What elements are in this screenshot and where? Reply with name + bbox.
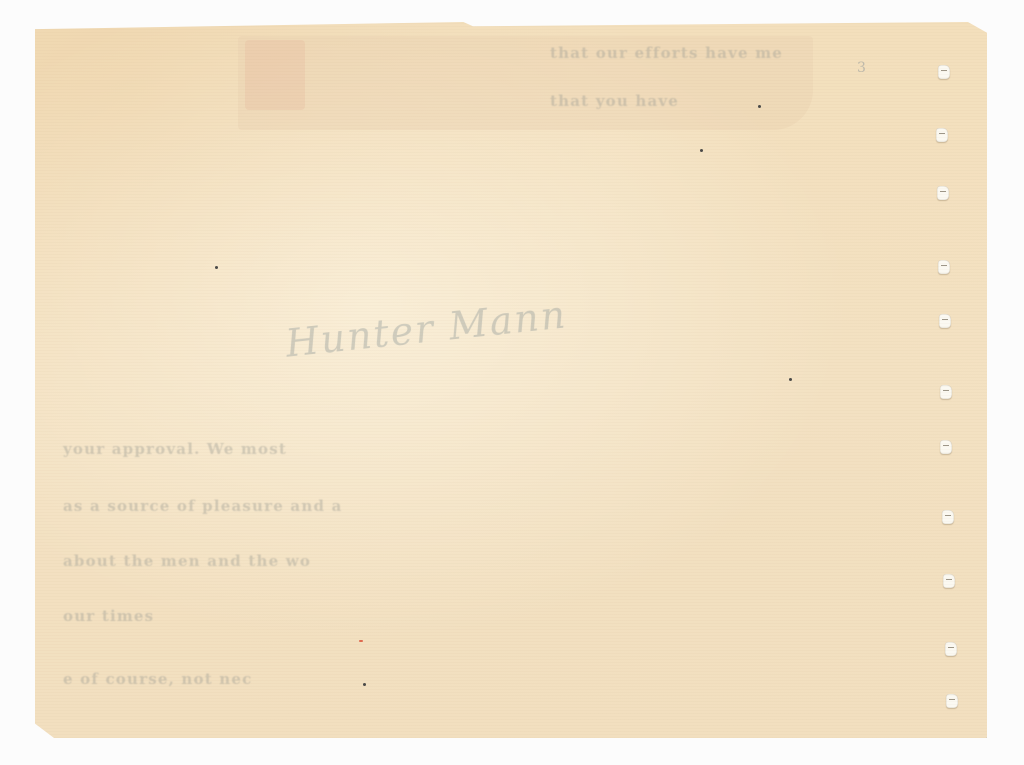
ghost-body-line-1: your approval. We most <box>63 440 287 458</box>
perforation-hole <box>936 128 948 142</box>
ink-speck <box>700 149 703 152</box>
ghost-header-line-1: that our efforts have me <box>550 44 783 62</box>
perforation-hole <box>942 510 954 524</box>
paper-sheet: that our efforts have me that you have 3… <box>35 22 987 738</box>
perforation-hole <box>938 65 950 79</box>
perforation-hole <box>945 642 957 656</box>
ghost-body-line-4: our times <box>63 607 154 625</box>
ink-speck <box>758 105 761 108</box>
perforation-hole <box>943 574 955 588</box>
ghost-body-line-3: about the men and the wo <box>63 552 311 570</box>
red-speck <box>359 640 363 642</box>
perforation-hole <box>940 385 952 399</box>
faint-signature: Hunter Mann <box>283 292 569 365</box>
corner-pencil-mark: 3 <box>857 60 866 76</box>
ink-speck <box>363 683 366 686</box>
ghost-stamp-mark <box>245 40 305 110</box>
perforation-hole <box>937 186 949 200</box>
ghost-body-line-2: as a source of pleasure and a <box>63 497 343 515</box>
ghost-body-line-5: e of course, not nec <box>63 670 252 688</box>
scan-background: that our efforts have me that you have 3… <box>0 0 1024 765</box>
ink-speck <box>215 266 218 269</box>
ink-speck <box>789 378 792 381</box>
perforation-hole <box>946 694 958 708</box>
perforation-hole <box>938 260 950 274</box>
ghost-header-line-2: that you have <box>550 92 679 110</box>
perforation-hole <box>940 440 952 454</box>
perforation-hole <box>939 314 951 328</box>
